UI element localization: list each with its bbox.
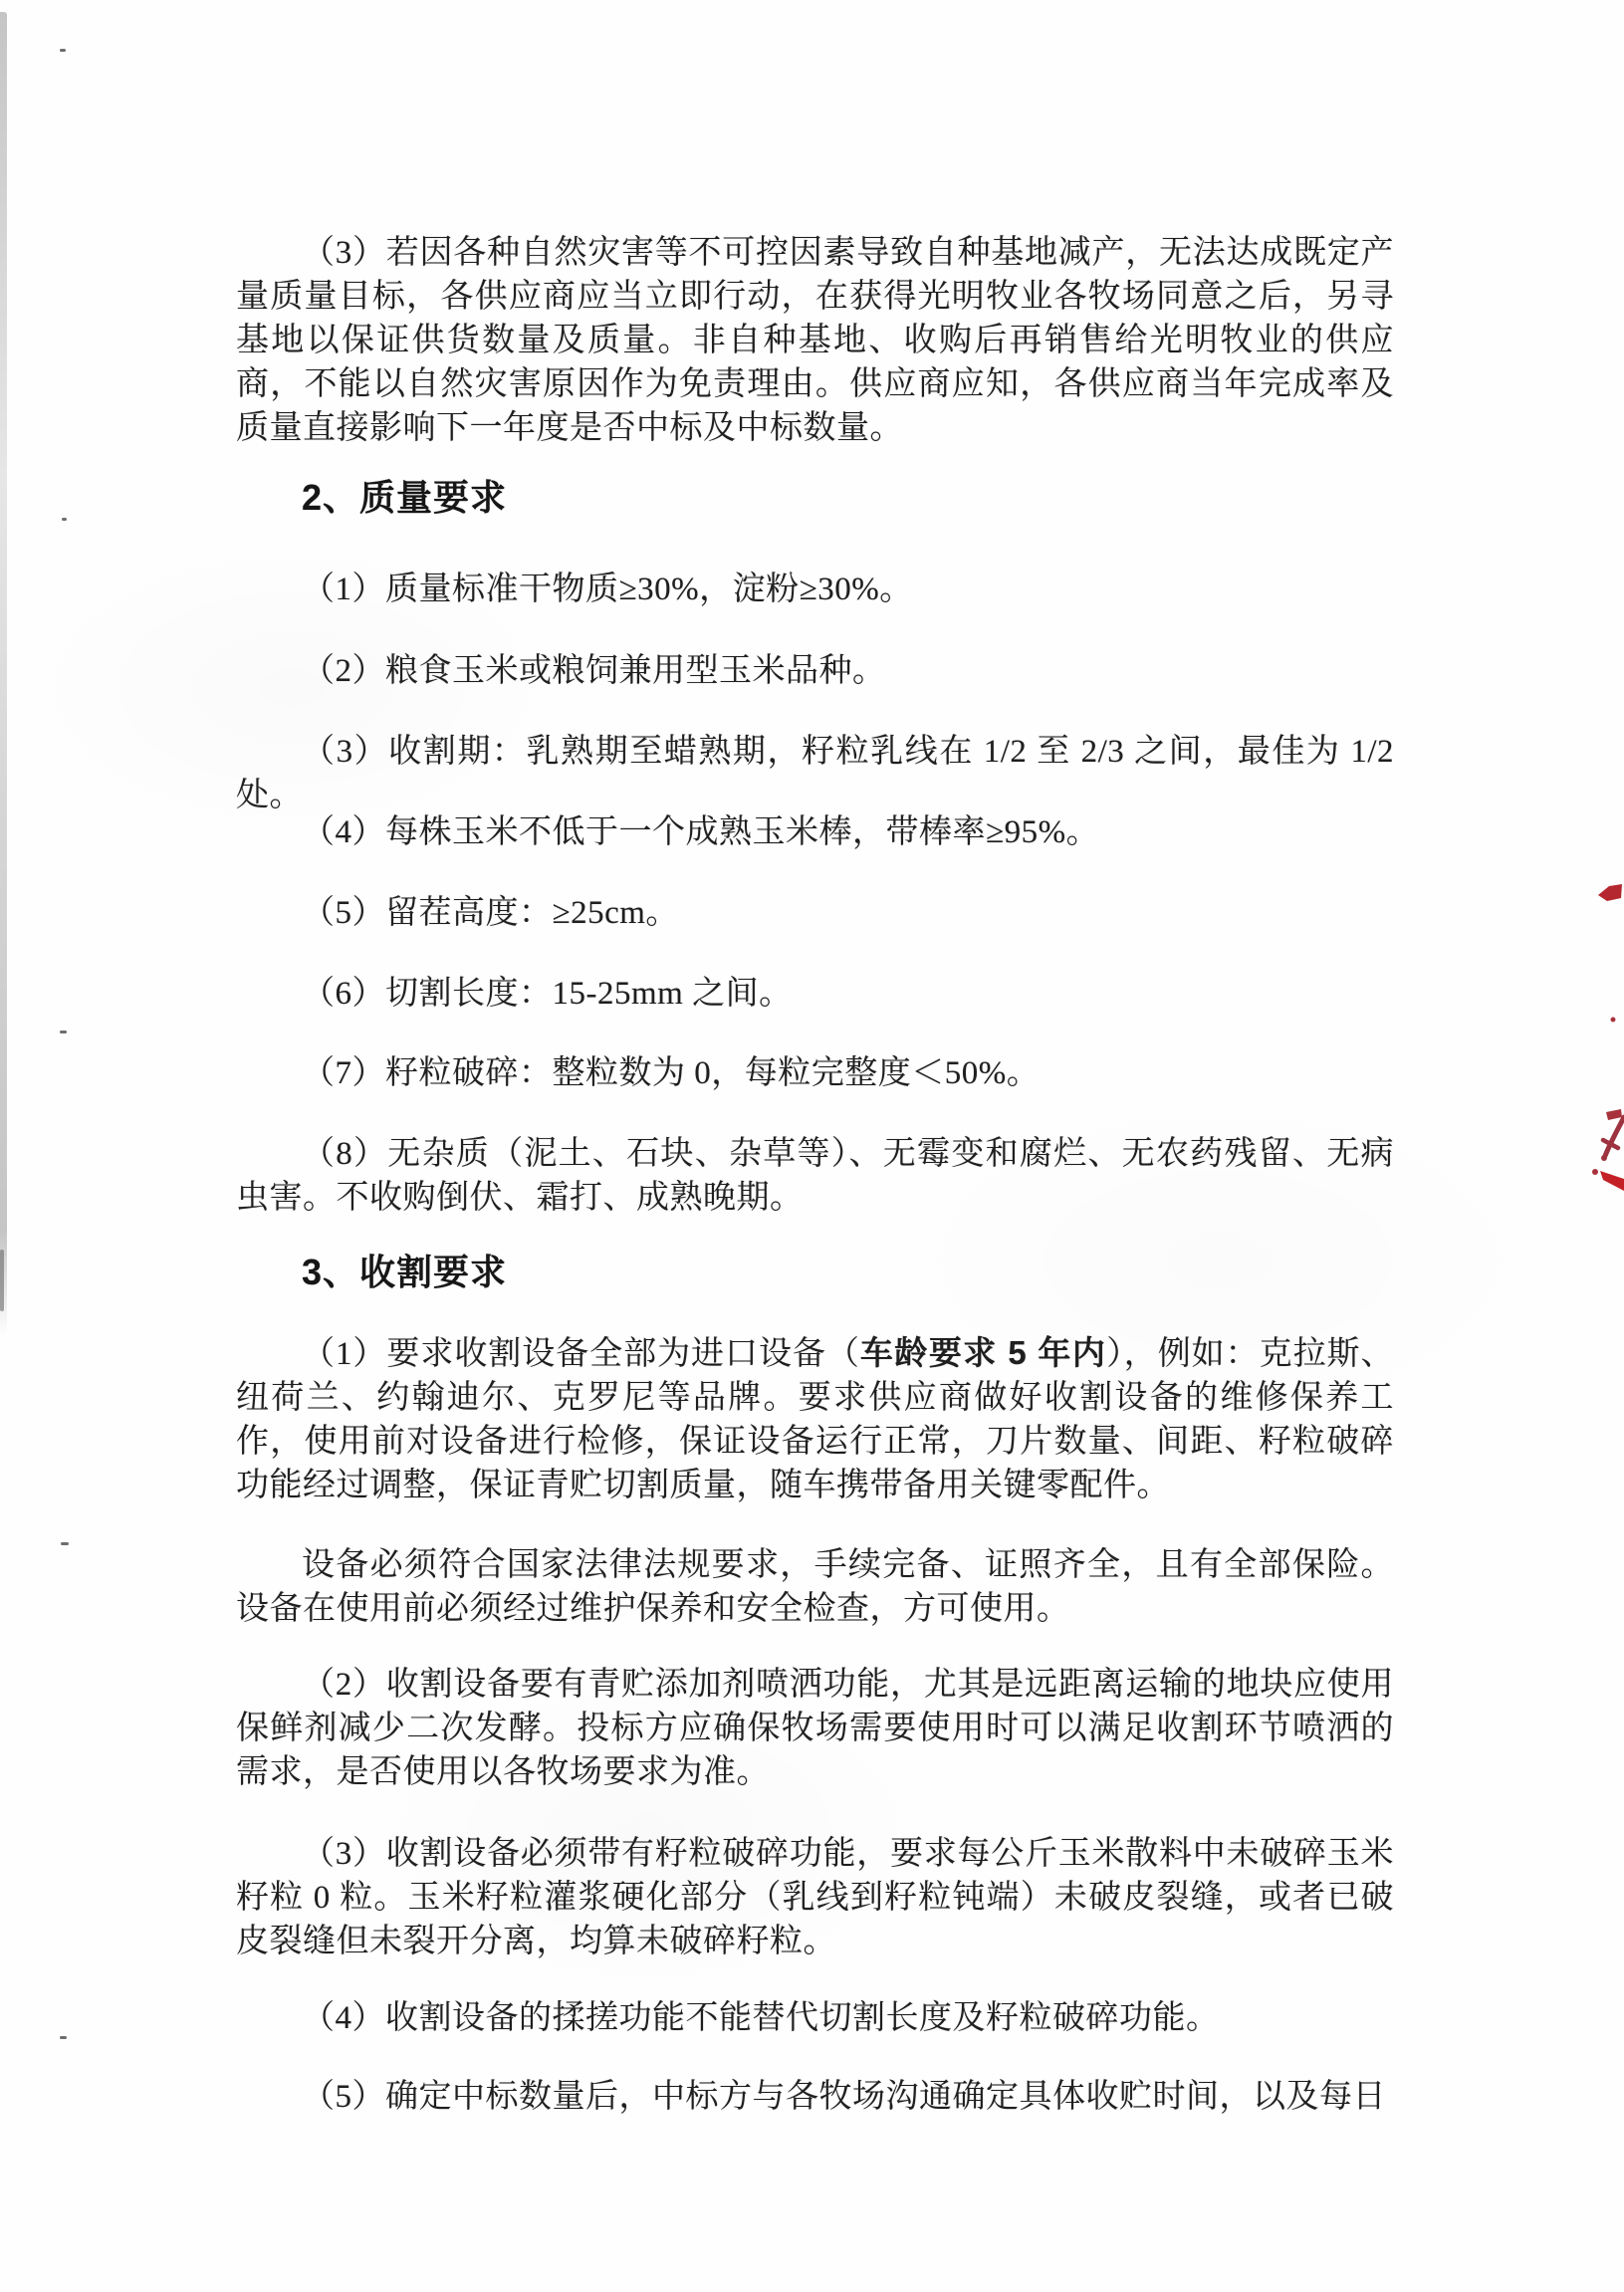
harvest-item-2: （2）收割设备要有青贮添加剂喷洒功能，尤其是远距离运输的地块应使用保鲜剂减少二次… bbox=[236, 1663, 1394, 1794]
red-wedge-dot bbox=[1592, 1169, 1598, 1175]
quality-item-2: （2）粮食玉米或粮饲兼用型玉米品种。 bbox=[236, 649, 1394, 693]
red-stroke-dot bbox=[1601, 1155, 1607, 1161]
section-heading-harvest: 3、收割要求 bbox=[236, 1250, 1394, 1295]
intro-paragraph-3: （3）若因各种自然灾害等不可控因素导致自种基地减产，无法达成既定产量质量目标，各… bbox=[236, 231, 1394, 450]
harvest-item-3: （3）收割设备必须带有籽粒破碎功能，要求每公斤玉米散料中未破碎玉米籽粒 0 粒。… bbox=[236, 1832, 1394, 1963]
quality-item-7: （7）籽粒破碎：整粒数为 0，每粒完整度＜50%。 bbox=[236, 1051, 1394, 1095]
quality-item-6: （6）切割长度：15-25mm 之间。 bbox=[236, 972, 1394, 1016]
scan-edge-shadow-dark bbox=[0, 1250, 4, 1311]
quality-item-1: （1）质量标准干物质≥30%，淀粉≥30%。 bbox=[236, 568, 1394, 611]
scan-edge-shadow bbox=[0, 12, 7, 1336]
red-wedge-mark bbox=[1600, 1171, 1624, 1191]
red-stroke-diagonal bbox=[1605, 1117, 1624, 1156]
quality-item-3: （3）收割期：乳熟期至蜡熟期，籽粒乳线在 1/2 至 2/3 之间，最佳为 1/… bbox=[236, 730, 1394, 817]
scan-speck bbox=[61, 1542, 69, 1545]
harvest-item-1-prefix: （1）要求收割设备全部为进口设备（ bbox=[302, 1336, 860, 1372]
scanned-document-page: （3）若因各种自然灾害等不可控因素导致自种基地减产，无法达成既定产量质量目标，各… bbox=[0, 0, 1624, 2292]
quality-item-5: （5）留茬高度：≥25cm。 bbox=[236, 891, 1394, 935]
harvest-equipment-note: 设备必须符合国家法律法规要求，手续完备、证照齐全，且有全部保险。设备在使用前必须… bbox=[236, 1543, 1394, 1631]
quality-item-8: （8）无杂质（泥土、石块、杂草等）、无霉变和腐烂、无农药残留、无病虫害。不收购倒… bbox=[236, 1132, 1394, 1220]
scan-speck bbox=[60, 1031, 67, 1033]
harvest-item-1-bold-requirement: 车龄要求 5 年内 bbox=[860, 1334, 1106, 1371]
harvest-item-4: （4）收割设备的揉搓功能不能替代切割长度及籽粒破碎功能。 bbox=[236, 1996, 1394, 2040]
harvest-item-5: （5）确定中标数量后，中标方与各牧场沟通确定具体收贮时间，以及每日 bbox=[236, 2075, 1394, 2119]
section-heading-quality: 2、质量要求 bbox=[236, 475, 1394, 521]
scan-speck bbox=[62, 518, 67, 521]
red-pen-annotations bbox=[1584, 874, 1624, 1213]
red-dash-mark bbox=[1598, 884, 1622, 901]
red-speck bbox=[1611, 1018, 1616, 1023]
scan-speck bbox=[60, 49, 66, 52]
scan-speck bbox=[60, 2036, 67, 2039]
red-stroke-dash bbox=[1606, 1109, 1622, 1120]
quality-item-4: （4）每株玉米不低于一个成熟玉米棒，带棒率≥95%。 bbox=[236, 810, 1394, 854]
harvest-item-1: （1）要求收割设备全部为进口设备（车龄要求 5 年内），例如：克拉斯、纽荷兰、约… bbox=[236, 1331, 1394, 1507]
